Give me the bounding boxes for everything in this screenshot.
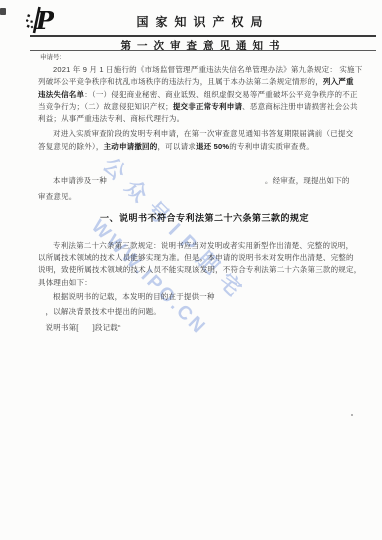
notice-document-page: P 国家知识产权局 第一次审查意见通知书 申请号: 公众号IP肥宅 WWW.IP… — [0, 0, 382, 540]
body-text: 答复意见的除外）， — [38, 142, 104, 151]
text-line: 根据说明书的记载，本发明的目的在于提供一种 — [38, 291, 371, 303]
body-text: 列破坏公平竞争秩序和扰乱市场秩序的违法行为，且属于本办法第二条规定情形的， — [38, 77, 323, 86]
body-text: 专利法第二十六条第三款规定：说明书应当对发明或者实用新型作出清楚、完整的说明， — [53, 241, 353, 250]
text-line: 说明书第[]段记载“ — [38, 322, 371, 334]
scan-artifact — [351, 414, 353, 416]
text-line: 审查意见。 — [38, 191, 371, 203]
body-text: 对进入实质审查阶段的发明专利申请，在第一次审查意见通知书答复期限届满前（已提交 — [53, 129, 353, 138]
emphasized-text: 提交非正常专利申请 — [173, 102, 242, 111]
text-line: 对进入实质审查阶段的发明专利申请，在第一次审查意见通知书答复期限届满前（已提交 — [38, 128, 371, 140]
blank-fill-space — [107, 182, 265, 183]
header-rule — [30, 50, 376, 51]
body-text: 的专利申请实质审查费。 — [229, 142, 314, 151]
body-text: ：（一）侵犯商业秘密、商业诋毁、组织虚假交易等严重破坏公平竞争秩序的不正 — [84, 90, 357, 99]
scan-artifact — [0, 8, 6, 15]
text-line: 违法失信名单：（一）侵犯商业秘密、商业诋毁、组织虚假交易等严重破坏公平竞争秩序的… — [38, 89, 371, 101]
body-text: 利益；从事严重违法专利、商标代理行为。 — [38, 114, 184, 123]
emphasized-text: 违法失信名单 — [38, 90, 84, 99]
application-number-label: 申请号: — [40, 52, 61, 61]
section-heading: 一、说明书不符合专利法第二十六条第三款的规定 — [38, 212, 371, 224]
text-line: ，以解决背景技术中提出的问题。 — [38, 306, 371, 318]
text-line: 列破坏公平竞争秩序和扰乱市场秩序的违法行为，且属于本办法第二条规定情形的，列入严… — [38, 76, 371, 88]
emphasized-text: 主动申请撤回的 — [104, 142, 158, 151]
text-line: 答复意见的除外），主动申请撤回的，可以请求退还 50%的专利申请实质审查费。 — [38, 141, 371, 153]
text-line: 说明，致使所属技术领域的技术人员不能实现该发明，不符合专利法第二十六条第三款的规… — [38, 264, 371, 276]
body-text: 2021 年 9 月 1 日施行的《市场监督管理严重违法失信名单管理办法》第九条… — [53, 65, 362, 74]
text-line: 以所属技术领域的技术人员能够实现为准。但是，本申请的说明书未对发明作出清楚、完整… — [38, 252, 371, 264]
emphasized-text: 列入严重 — [323, 77, 354, 86]
text-line: 本申请涉及一种。经审查，现提出如下的 — [38, 175, 371, 187]
body-text: 根据说明书的记载，本发明的目的在于提供一种 — [53, 292, 215, 301]
notice-body: 2021 年 9 月 1 日施行的《市场监督管理严重违法失信名单管理办法》第九条… — [38, 64, 371, 335]
text-line: 利益；从事严重违法专利、商标代理行为。 — [38, 113, 371, 125]
body-text: ，以解决背景技术中提出的问题。 — [46, 307, 162, 316]
body-text: ，可以请求 — [157, 142, 196, 151]
body-text: 说明书第[ — [46, 323, 79, 332]
body-text: 、恶意商标注册申请损害社会公共 — [242, 102, 358, 111]
emphasized-text: 退还 50% — [196, 142, 229, 151]
text-line: 专利法第二十六条第三款规定：说明书应当对发明或者实用新型作出清楚、完整的说明， — [38, 240, 371, 252]
body-text: 审查意见。 — [38, 192, 77, 201]
body-text: 。经审查，现提出如下的 — [265, 176, 350, 185]
text-line: 当竞争行为；（二）故意侵犯知识产权；提交非正常专利申请、恶意商标注册申请损害社会… — [38, 101, 371, 113]
body-text: 以所属技术领域的技术人员能够实现为准。但是，本申请的说明书未对发明作出清楚、完整… — [38, 253, 354, 262]
blank-fill-space — [79, 329, 93, 330]
body-text: 具体理由如下： — [38, 278, 92, 287]
header-rule — [30, 35, 376, 37]
text-line: 2021 年 9 月 1 日施行的《市场监督管理严重违法失信名单管理办法》第九条… — [38, 64, 371, 76]
body-text: 本申请涉及一种 — [53, 176, 107, 185]
text-line: 具体理由如下： — [38, 277, 371, 289]
agency-title: 国家知识产权局 — [30, 13, 376, 30]
body-text: 当竞争行为；（二）故意侵犯知识产权； — [38, 102, 173, 111]
body-text: ]段记载“ — [93, 323, 121, 332]
body-text: 说明，致使所属技术领域的技术人员不能实现该发明，不符合专利法第二十六条第三款的规… — [38, 265, 361, 274]
